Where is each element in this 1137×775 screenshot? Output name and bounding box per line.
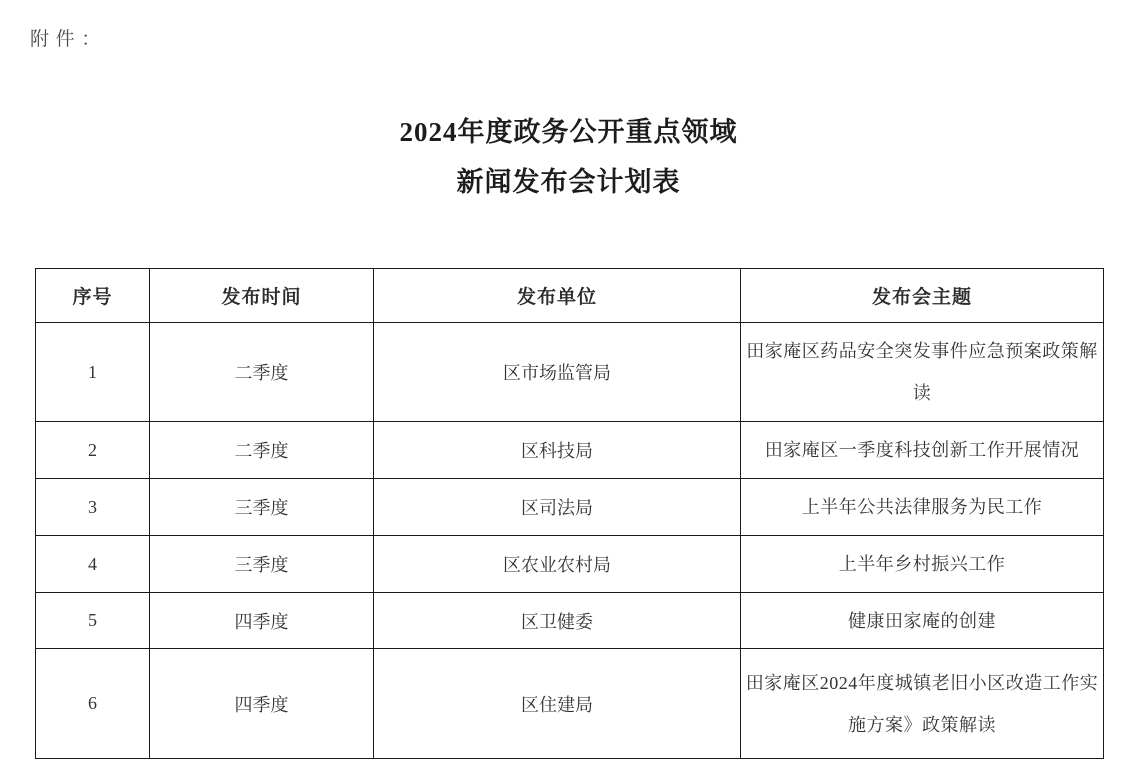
- cell-unit: 区农业农村局: [374, 536, 741, 593]
- cell-unit: 区市场监管局: [374, 323, 741, 422]
- cell-no: 1: [36, 323, 150, 422]
- cell-no: 6: [36, 649, 150, 759]
- cell-time: 四季度: [150, 649, 374, 759]
- cell-topic: 田家庵区2024年度城镇老旧小区改造工作实施方案》政策解读: [741, 649, 1104, 759]
- table-row: 4三季度区农业农村局上半年乡村振兴工作: [36, 536, 1104, 593]
- cell-time: 二季度: [150, 422, 374, 479]
- table-body: 1二季度区市场监管局田家庵区药品安全突发事件应急预案政策解读2二季度区科技局田家…: [36, 323, 1104, 759]
- cell-no: 4: [36, 536, 150, 593]
- cell-topic: 田家庵区药品安全突发事件应急预案政策解读: [741, 323, 1104, 422]
- cell-unit: 区卫健委: [374, 593, 741, 649]
- header-cell-topic: 发布会主题: [741, 269, 1104, 323]
- press-conference-plan-table: 序号 发布时间 发布单位 发布会主题 1二季度区市场监管局田家庵区药品安全突发事…: [35, 268, 1104, 759]
- cell-time: 四季度: [150, 593, 374, 649]
- table-row: 3三季度区司法局上半年公共法律服务为民工作: [36, 479, 1104, 536]
- cell-topic: 田家庵区一季度科技创新工作开展情况: [741, 422, 1104, 479]
- cell-unit: 区司法局: [374, 479, 741, 536]
- cell-unit: 区科技局: [374, 422, 741, 479]
- cell-topic: 健康田家庵的创建: [741, 593, 1104, 649]
- cell-topic: 上半年乡村振兴工作: [741, 536, 1104, 593]
- header-cell-time: 发布时间: [150, 269, 374, 323]
- cell-no: 5: [36, 593, 150, 649]
- cell-time: 三季度: [150, 536, 374, 593]
- cell-topic: 上半年公共法律服务为民工作: [741, 479, 1104, 536]
- table-header-row: 序号 发布时间 发布单位 发布会主题: [36, 269, 1104, 323]
- table-row: 2二季度区科技局田家庵区一季度科技创新工作开展情况: [36, 422, 1104, 479]
- table-row: 6四季度区住建局田家庵区2024年度城镇老旧小区改造工作实施方案》政策解读: [36, 649, 1104, 759]
- cell-no: 2: [36, 422, 150, 479]
- header-cell-no: 序号: [36, 269, 150, 323]
- cell-time: 二季度: [150, 323, 374, 422]
- table-row: 1二季度区市场监管局田家庵区药品安全突发事件应急预案政策解读: [36, 323, 1104, 422]
- document-title: 2024年度政务公开重点领域 新闻发布会计划表: [0, 116, 1137, 198]
- table-row: 5四季度区卫健委健康田家庵的创建: [36, 593, 1104, 649]
- attachment-label: 附件：: [30, 24, 107, 51]
- header-cell-unit: 发布单位: [374, 269, 741, 323]
- document-title-line-2: 新闻发布会计划表: [0, 166, 1137, 198]
- cell-time: 三季度: [150, 479, 374, 536]
- document-title-line-1: 2024年度政务公开重点领域: [0, 116, 1137, 148]
- document-page: 附件： 2024年度政务公开重点领域 新闻发布会计划表 序号 发布时间 发布单位…: [0, 0, 1137, 775]
- cell-no: 3: [36, 479, 150, 536]
- cell-unit: 区住建局: [374, 649, 741, 759]
